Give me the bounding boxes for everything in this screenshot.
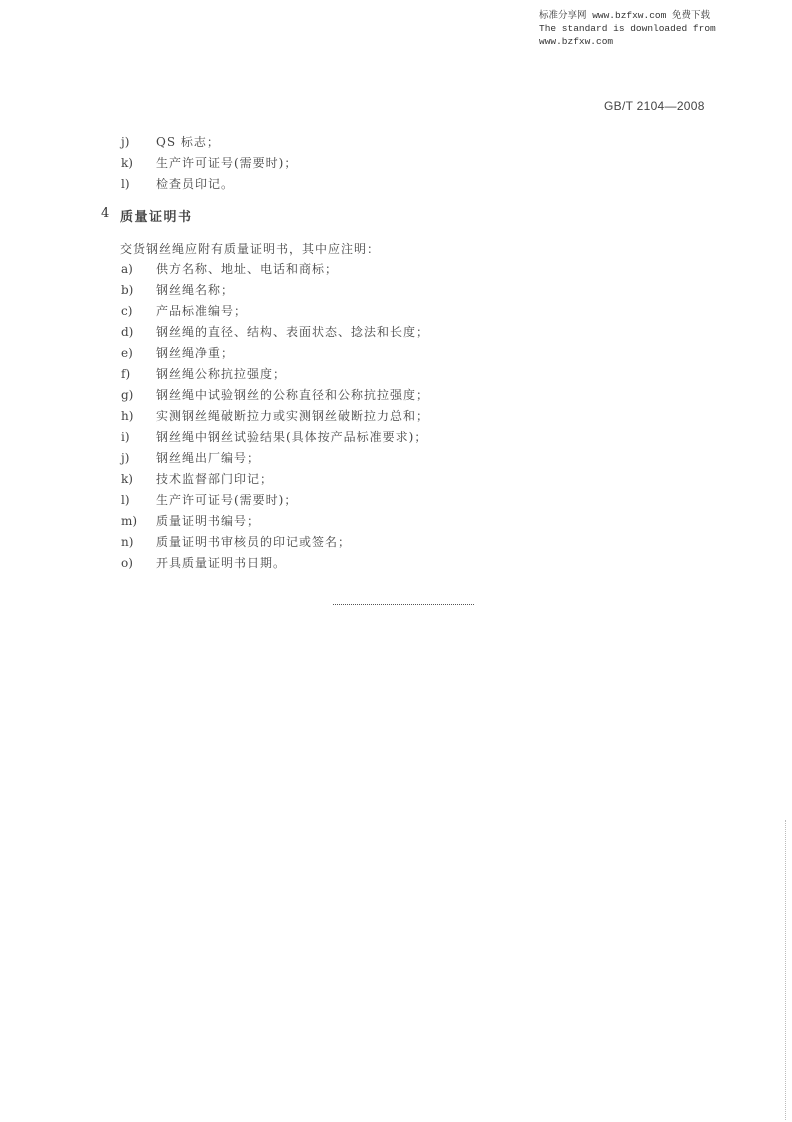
list-marker: o) [121,555,151,571]
section-intro: 交货钢丝绳应附有质量证明书，其中应注明： [120,240,380,257]
list-text: 钢丝绳的直径、结构、表面状态、捻法和长度； [156,324,429,340]
list-text: 钢丝绳中钢丝试验结果(具体按产品标准要求)； [156,429,427,445]
list-text: 钢丝绳名称； [156,282,234,298]
list-text: 开具质量证明书日期。 [156,555,286,571]
list-marker: n) [121,534,151,550]
list-text: 钢丝绳出厂编号； [156,450,260,466]
list-text: 钢丝绳中试验钢丝的公称直径和公称抗拉强度； [156,387,429,403]
list-text: 钢丝绳净重； [156,345,234,361]
end-of-document-rule [333,604,474,605]
list-marker: l) [121,176,151,192]
list-text: 质量证明书审核员的印记或签名； [156,534,351,550]
list-marker: a) [121,261,151,277]
list-text: 钢丝绳公称抗拉强度； [156,366,286,382]
list-text: 质量证明书编号； [156,513,260,529]
watermark: 标准分享网 www.bzfxw.com 免费下载 The standard is… [539,9,792,48]
list-marker: g) [121,387,151,403]
list-text: QS 标志； [156,134,220,150]
document-code: GB/T 2104—2008 [604,99,705,113]
list-text: 生产许可证号(需要时)； [156,155,297,171]
list-marker: j) [121,134,151,150]
list-text: 供方名称、地址、电话和商标； [156,261,338,277]
list-marker: k) [121,471,151,487]
list-text: 产品标准编号； [156,303,247,319]
section-number: 4 [101,206,109,221]
list-marker: l) [121,492,151,508]
list-text: 生产许可证号(需要时)； [156,492,297,508]
list-marker: m) [121,513,151,529]
list-marker: c) [121,303,151,319]
list-text: 技术监督部门印记； [156,471,273,487]
watermark-line-1: 标准分享网 www.bzfxw.com 免费下载 [539,9,792,22]
list-marker: k) [121,155,151,171]
list-marker: i) [121,429,151,445]
list-text: 实测钢丝绳破断拉力或实测钢丝破断拉力总和； [156,408,429,424]
list-marker: e) [121,345,151,361]
watermark-line-2: The standard is downloaded from www.bzfx… [539,22,792,48]
section-title: 质量证明书 [120,206,193,225]
list-marker: h) [121,408,151,424]
list-text: 检查员印记。 [156,176,234,192]
list-marker: b) [121,282,151,298]
list-marker: f) [121,366,151,382]
list-marker: d) [121,324,151,340]
scan-edge-artifact [785,820,786,1120]
list-marker: j) [121,450,151,466]
